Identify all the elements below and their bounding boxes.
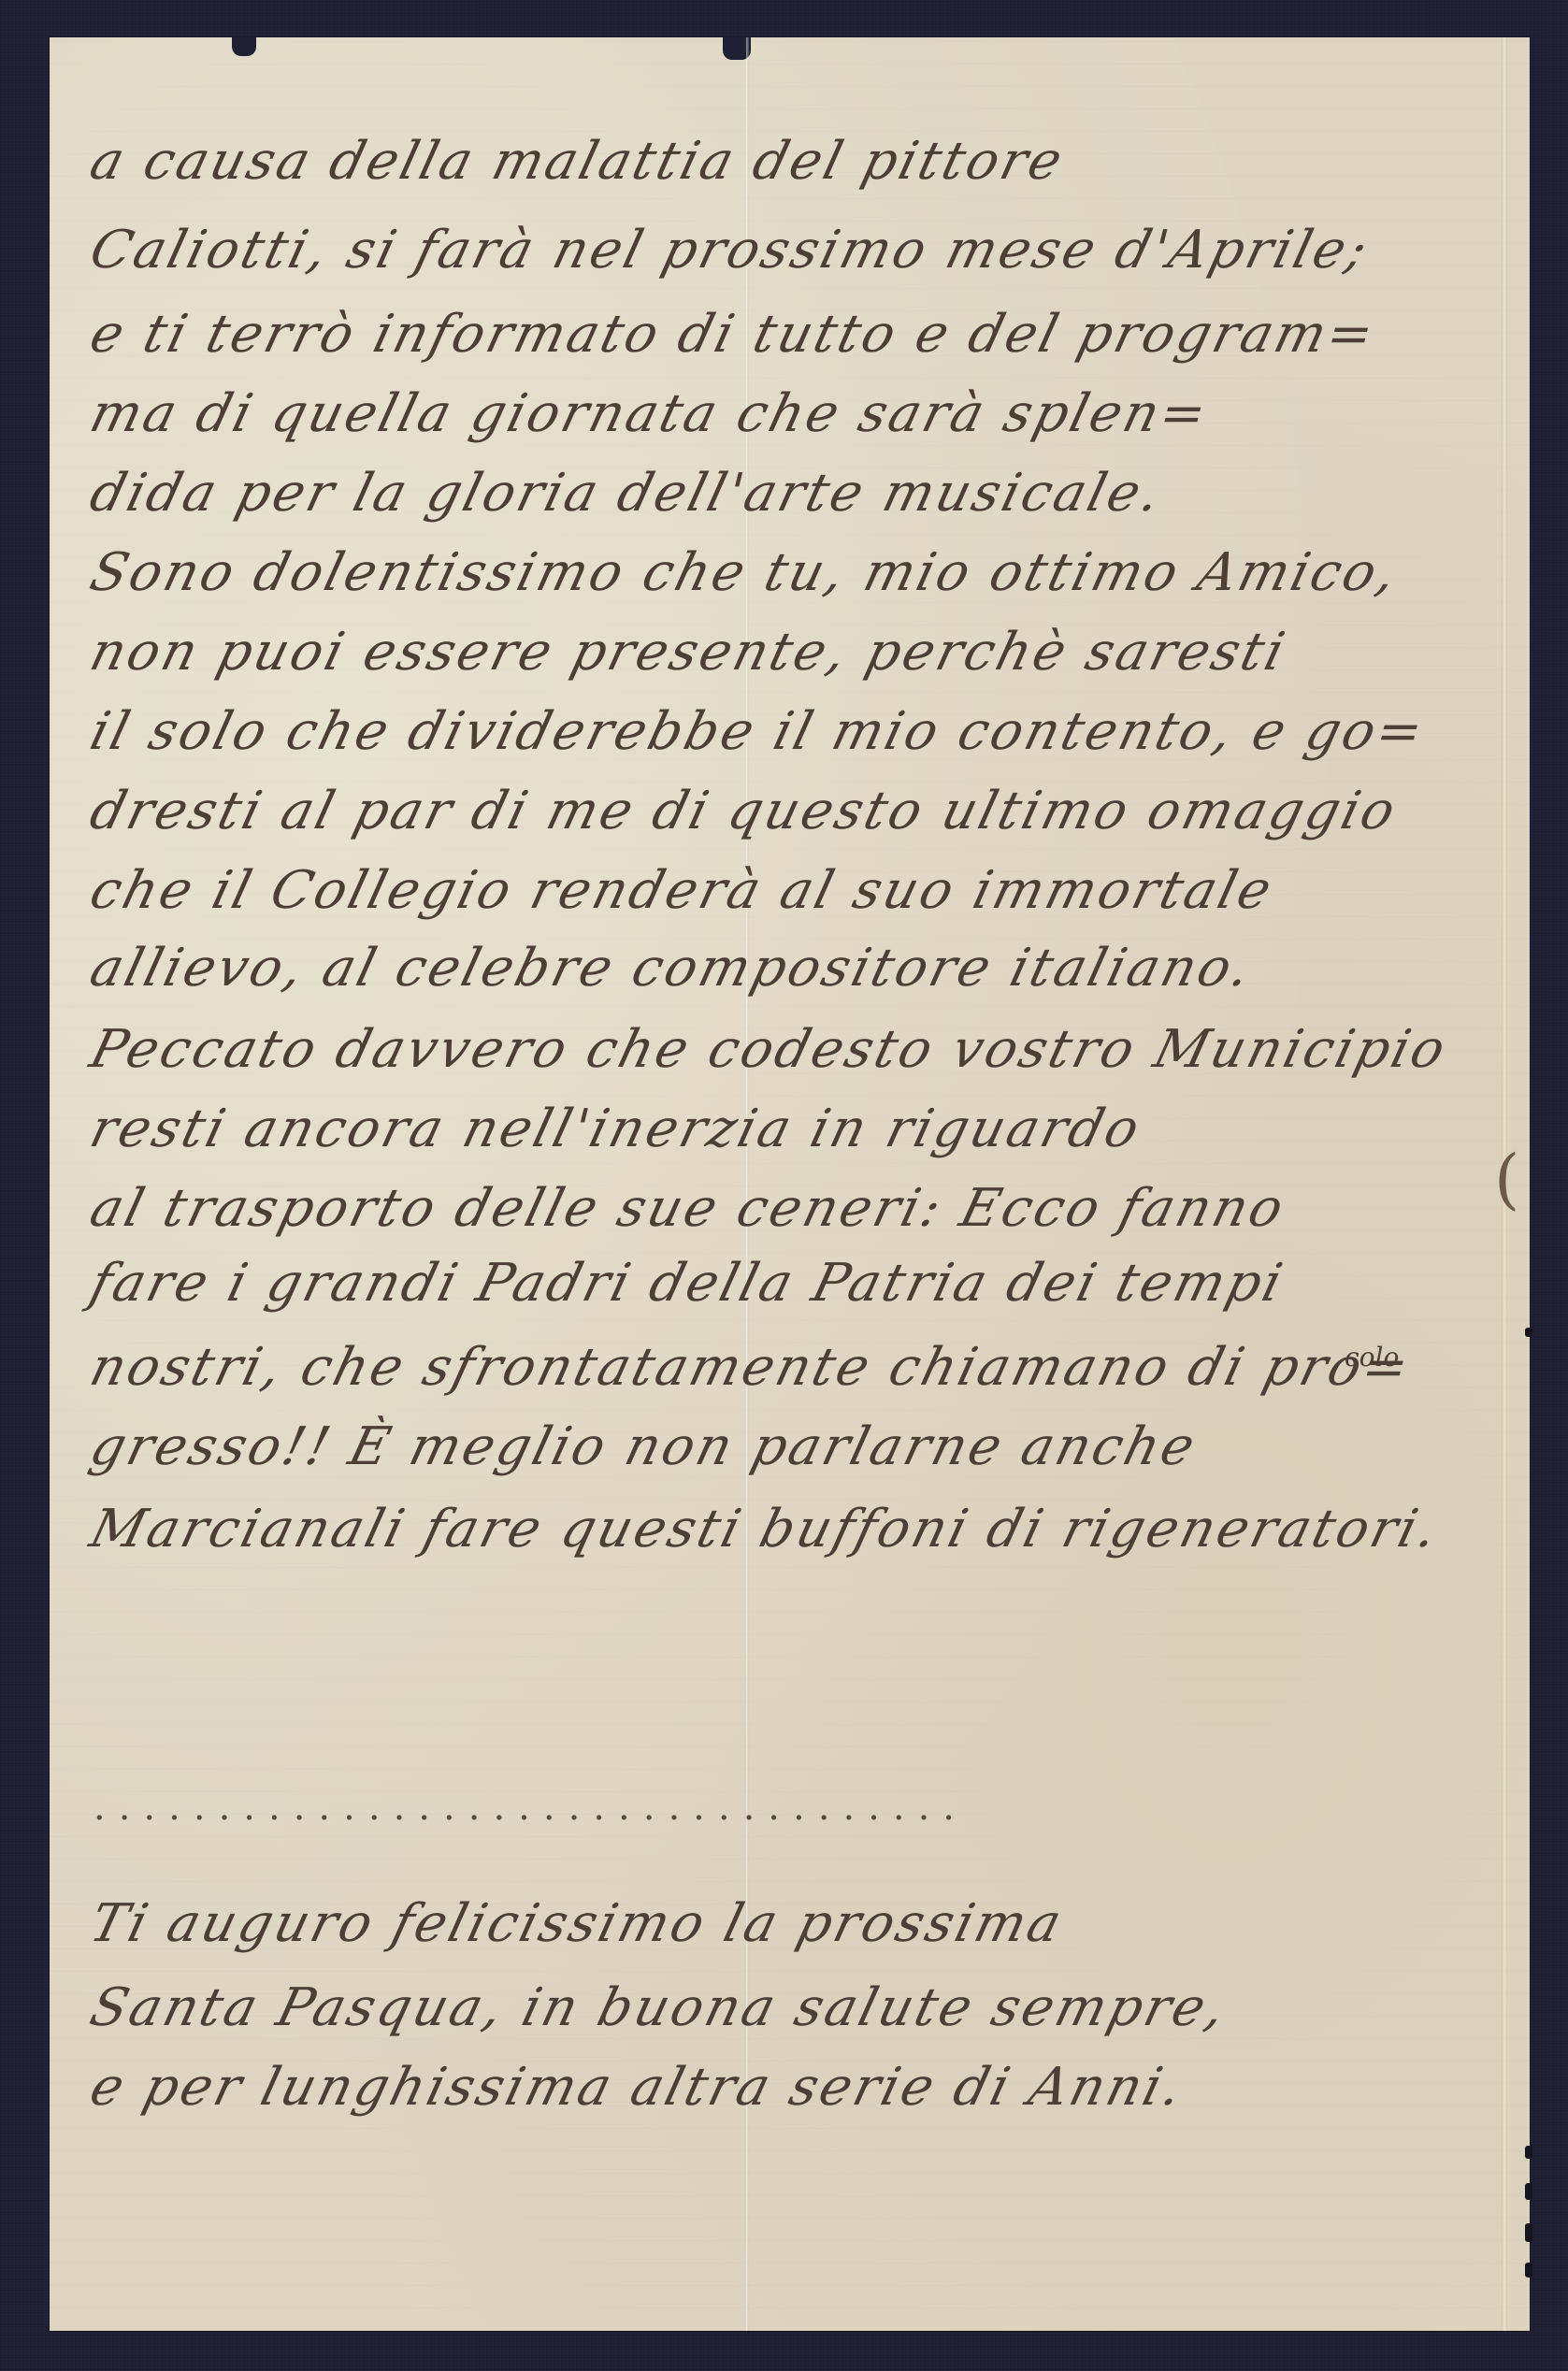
handwritten-line: resti ancora nell'inerzia in riguardo (85, 1103, 1146, 1156)
handwritten-line: e per lunghissima altra serie di Anni. (85, 2062, 1189, 2114)
edge-tear (1525, 2263, 1532, 2278)
handwritten-line: gresso!! È meglio non parlarne anche (85, 1421, 1202, 1473)
handwritten-line: non puoi essere presente, perchè saresti (85, 626, 1292, 679)
paper-notch (232, 37, 256, 56)
handwritten-line: il solo che dividerebbe il mio contento,… (85, 706, 1431, 758)
handwritten-line: a causa della malattia del pittore (85, 136, 1070, 188)
handwritten-line: Santa Pasqua, in buona salute sempre, (85, 1982, 1232, 2034)
handwritten-line: Sono dolentissimo che tu, mio ottimo Ami… (85, 547, 1403, 599)
handwritten-line: dida per la gloria dell'arte musicale. (85, 467, 1168, 520)
edge-tear (1525, 2183, 1532, 2200)
handwritten-line: nostri, che sfrontatamente chiamano di p… (85, 1342, 1417, 1394)
handwritten-line: dresti al par di me di questo ultimo oma… (85, 785, 1403, 838)
edge-tear (1525, 2223, 1532, 2242)
handwritten-line: che il Collegio renderà al suo immortale (85, 865, 1279, 917)
handwritten-line: Marcianali fare questi buffoni di rigene… (85, 1503, 1445, 1556)
edge-tear (1525, 1328, 1532, 1337)
handwritten-line: fare i grandi Padri della Patria dei tem… (85, 1257, 1289, 1310)
handwritten-line: allievo, al celebre compositore italiano… (85, 942, 1258, 995)
handwritten-line: al trasporto delle sue ceneri: Ecco fann… (85, 1183, 1290, 1235)
handwritten-line: Ti auguro felicissimo la prossima (85, 1898, 1069, 1950)
dotted-separator: ................................... (94, 1786, 968, 1829)
margin-bracket-mark: ( (1494, 1141, 1519, 1217)
letter-page: a causa della malattia del pittore Calio… (50, 37, 1530, 2331)
handwritten-line: Caliotti, si farà nel prossimo mese d'Ap… (85, 224, 1374, 277)
edge-tear (1525, 2146, 1532, 2159)
handwritten-line: e ti terrò informato di tutto e del prog… (85, 309, 1381, 361)
handwritten-line: ma di quella giornata che sarà splen= (85, 388, 1214, 440)
handwritten-line: Peccato davvero che codesto vostro Munic… (85, 1024, 1453, 1076)
